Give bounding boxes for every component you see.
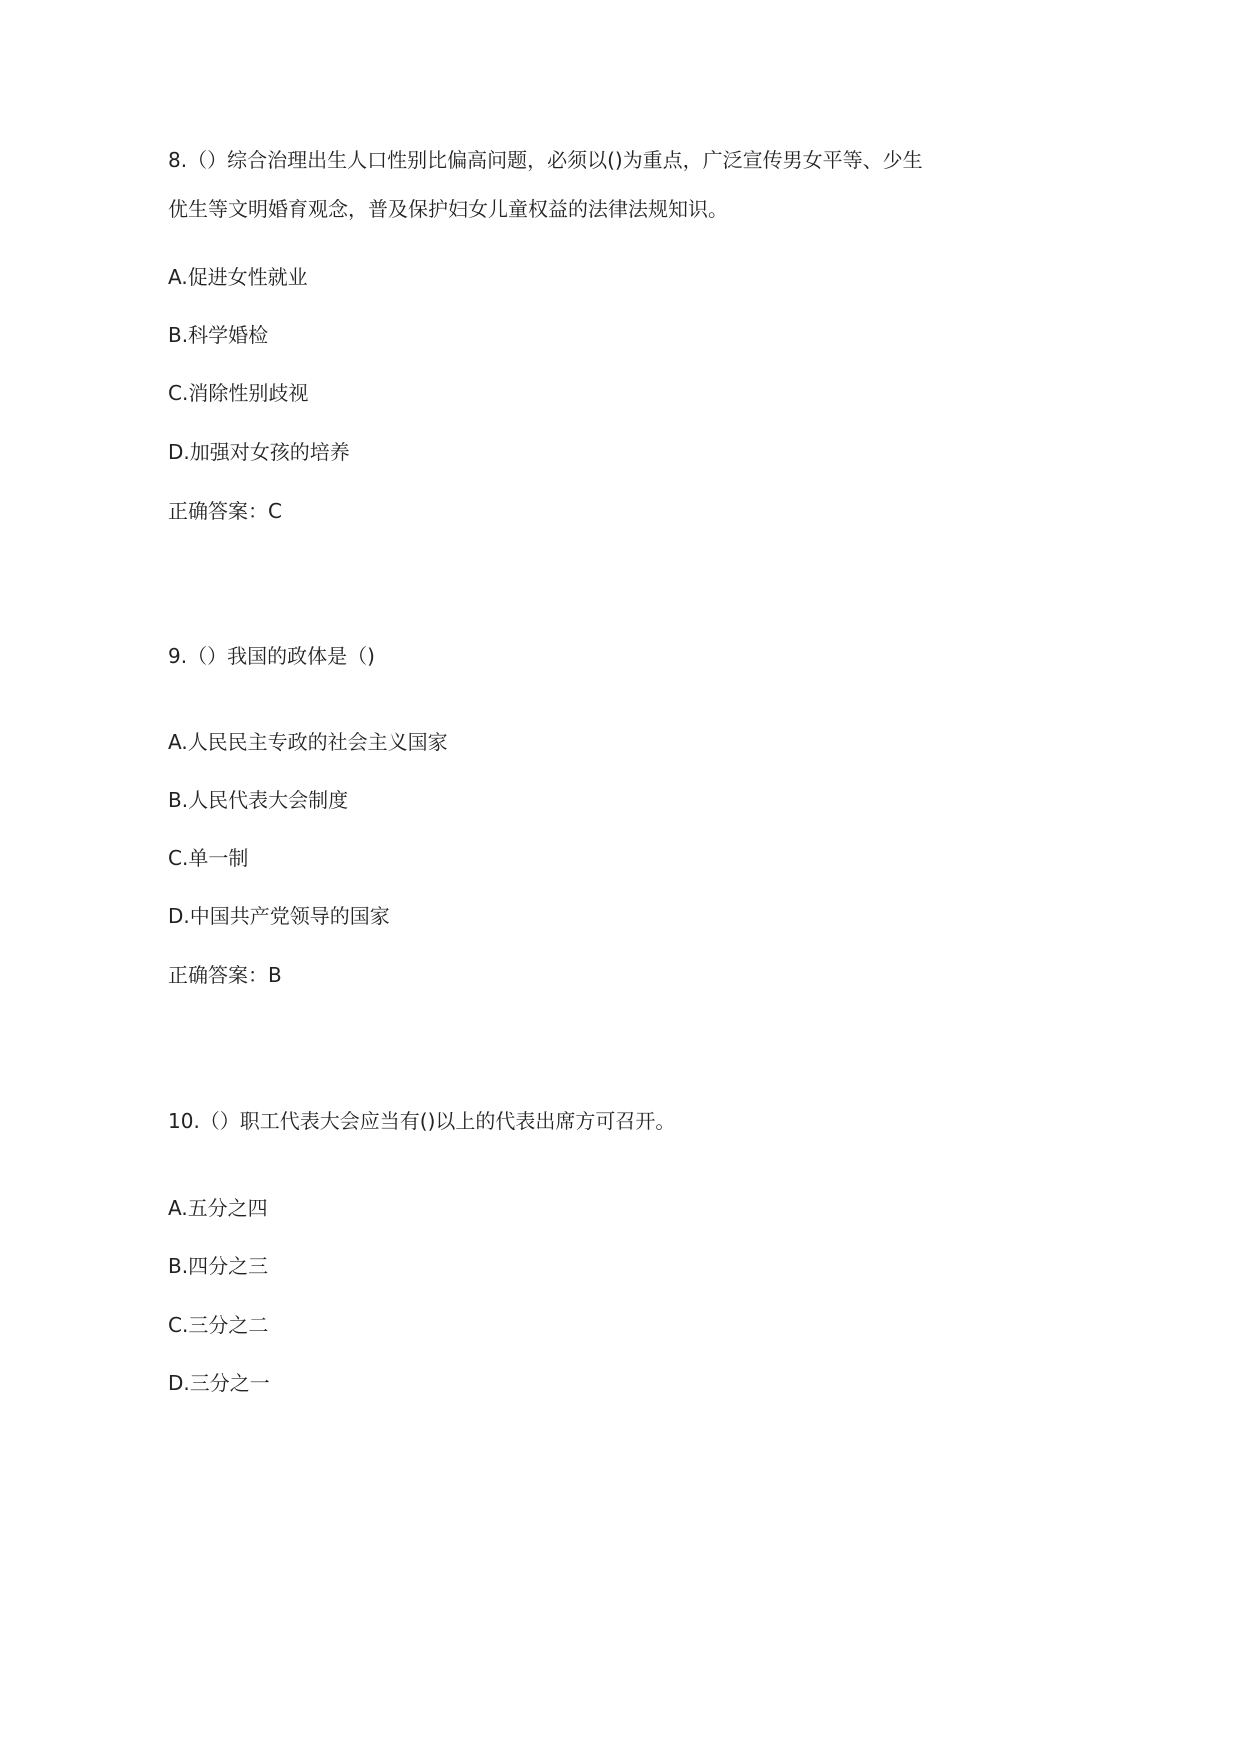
question-10-option-d: D.三分之一 [168, 1369, 270, 1397]
question-10-stem: 10.（）职工代表大会应当有()以上的代表出席方可召开。 [168, 1107, 675, 1135]
question-9-answer: 正确答案：B [168, 961, 282, 989]
question-8-option-b: B.科学婚检 [168, 321, 268, 349]
question-9-option-c: C.单一制 [168, 844, 248, 872]
question-8-option-c: C.消除性别歧视 [168, 379, 308, 407]
question-8-stem-line2: 优生等文明婚育观念，普及保护妇女儿童权益的法律法规知识。 [168, 195, 728, 223]
question-9-option-b: B.人民代表大会制度 [168, 786, 348, 814]
question-9-option-d: D.中国共产党领导的国家 [168, 902, 390, 930]
question-8-option-a: A.促进女性就业 [168, 263, 308, 291]
question-8-stem-line1: 8.（）综合治理出生人口性别比偏高问题，必须以()为重点，广泛宣传男女平等、少生 [168, 146, 923, 174]
question-9-stem: 9.（）我国的政体是（) [168, 642, 375, 670]
question-8-answer: 正确答案：C [168, 497, 282, 525]
question-10-option-b: B.四分之三 [168, 1252, 268, 1280]
question-9-option-a: A.人民民主专政的社会主义国家 [168, 728, 448, 756]
question-10-option-a: A.五分之四 [168, 1194, 268, 1222]
question-8-option-d: D.加强对女孩的培养 [168, 438, 350, 466]
question-10-option-c: C.三分之二 [168, 1311, 268, 1339]
